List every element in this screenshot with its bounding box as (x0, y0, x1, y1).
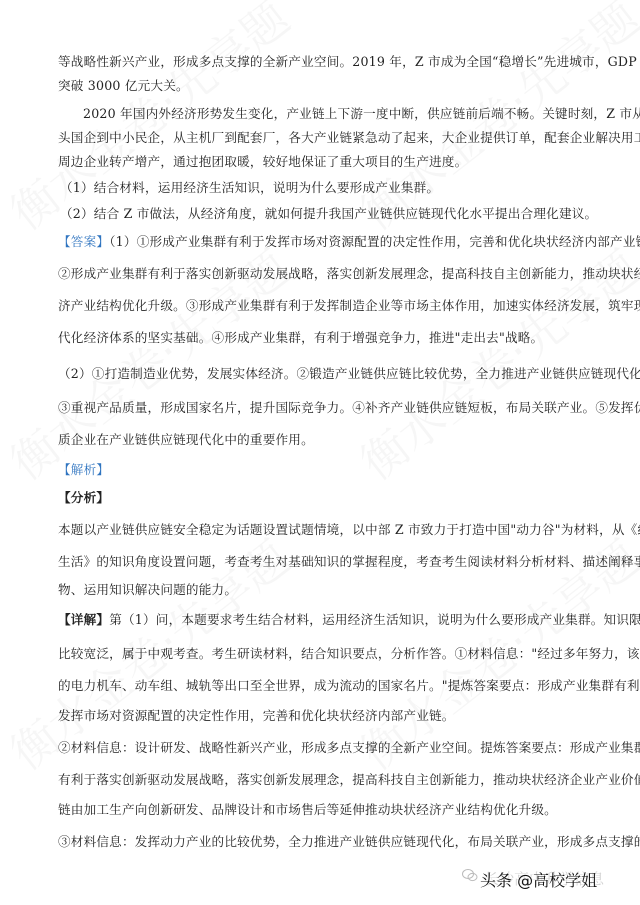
wechat-icon (462, 868, 478, 882)
fenxi-line: 本题以产业链供应链安全稳定为话题设置试题情境，以中部 Z 市致力于打造中国"动力… (58, 522, 598, 538)
detail-line: 比较宽泛，属于中观考查。考生研读材料，结合知识要点，分析作答。①材料信息："经过… (58, 646, 598, 662)
material-line: 头国企到中小民企，从主机厂到配套厂，各大产业链紧急动了起来，大企业提供订单，配套… (58, 130, 598, 146)
fenxi-line: 生活》的知识角度设置问题，考查考生对基础知识的掌握程度，考查考生阅读材料分析材料… (58, 554, 598, 570)
answer-line: ②形成产业集群有利于落实创新驱动发展战略，落实创新发展理念，提高科技自主创新能力… (58, 266, 598, 282)
answer-text: （1）①形成产业集群有利于发挥市场对资源配置的决定性作用，完善和优化块状经济内部… (109, 234, 640, 249)
answer-tag: 【答案】 (58, 234, 109, 249)
detail-line: 发挥市场对资源配置的决定性作用，完善和优化块状经济内部产业链。 (58, 708, 598, 724)
material-line: 2020 年国内外经济形势发生变化，产业链上下游一度中断，供应链前后端不畅。关键… (83, 106, 623, 122)
answer-line: 济产业结构优化升级。③形成产业集群有利于发挥制造企业等市场主体作用，加速实体经济… (58, 298, 598, 314)
detail-line: 的电力机车、动车组、城轨等出口至全世界，成为流动的国家名片。"提炼答案要点：形成… (58, 678, 598, 694)
answer-line: 【答案】（1）①形成产业集群有利于发挥市场对资源配置的决定性作用，完善和优化块状… (58, 234, 598, 250)
question-2: （2）结合 Z 市做法，从经济角度，就如何提升我国产业链供应链现代化水平提出合理… (60, 206, 600, 222)
answer-line: （2）①打造制造业优势，发展实体经济。②锻造产业链供应链比较优势，全力推进产业链… (58, 366, 598, 382)
answer-line: ③重视产品质量，形成国家名片，提升国际竞争力。④补齐产业链供应链短板，布局关联产… (58, 400, 598, 416)
detail-line: 有利于落实创新驱动发展战略，落实创新发展理念，提高科技自主创新能力，推动块状经济… (58, 772, 598, 788)
source-credit: 头条 @高校学姐 (480, 868, 597, 891)
question-1: （1）结合材料，运用经济生活知识，说明为什么要形成产业集群。 (60, 180, 600, 196)
answer-line: 代化经济体系的坚实基础。④形成产业集群，有利于增强竞争力，推进"走出去"战略。 (58, 330, 598, 346)
material-line: 周边企业转产增产，通过抱团取暖，较好地保证了重大项目的生产进度。 (58, 154, 598, 170)
fenxi-tag: 【分析】 (58, 490, 598, 506)
material-line: 等战略性新兴产业，形成多点支撑的全新产业空间。2019 年，Z 市成为全国“稳增… (58, 54, 598, 70)
fenxi-line: 物、运用知识解决问题的能力。 (58, 582, 598, 598)
detail-line: 链由加工生产向创新研发、品牌设计和市场售后等延伸推动块状经济产业结构优化升级。 (58, 802, 598, 818)
analysis-tag: 【解析】 (58, 462, 598, 478)
material-line: 突破 3000 亿元大关。 (58, 78, 598, 94)
answer-line: 质企业在产业链供应链现代化中的重要作用。 (58, 432, 598, 448)
detail-tag: 【详解】 (58, 612, 109, 627)
detail-line: ③材料信息：发挥动力产业的比较优势，全力推进产业链供应链现代化，布局关联产业，形… (58, 834, 598, 850)
detail-line: ②材料信息：设计研发、战略性新兴产业，形成多点支撑的全新产业空间。提炼答案要点：… (58, 740, 598, 756)
detail-text: 第（1）问，本题要求考生结合材料，运用经济生活知识，说明为什么要形成产业集群。知… (109, 612, 640, 627)
document-page: 衡水金卷·先享题 衡水金卷·先享题 衡水金卷·先享题 衡水金卷·先享题 衡水金卷… (0, 0, 640, 905)
detail-line: 【详解】第（1）问，本题要求考生结合材料，运用经济生活知识，说明为什么要形成产业… (58, 612, 598, 628)
